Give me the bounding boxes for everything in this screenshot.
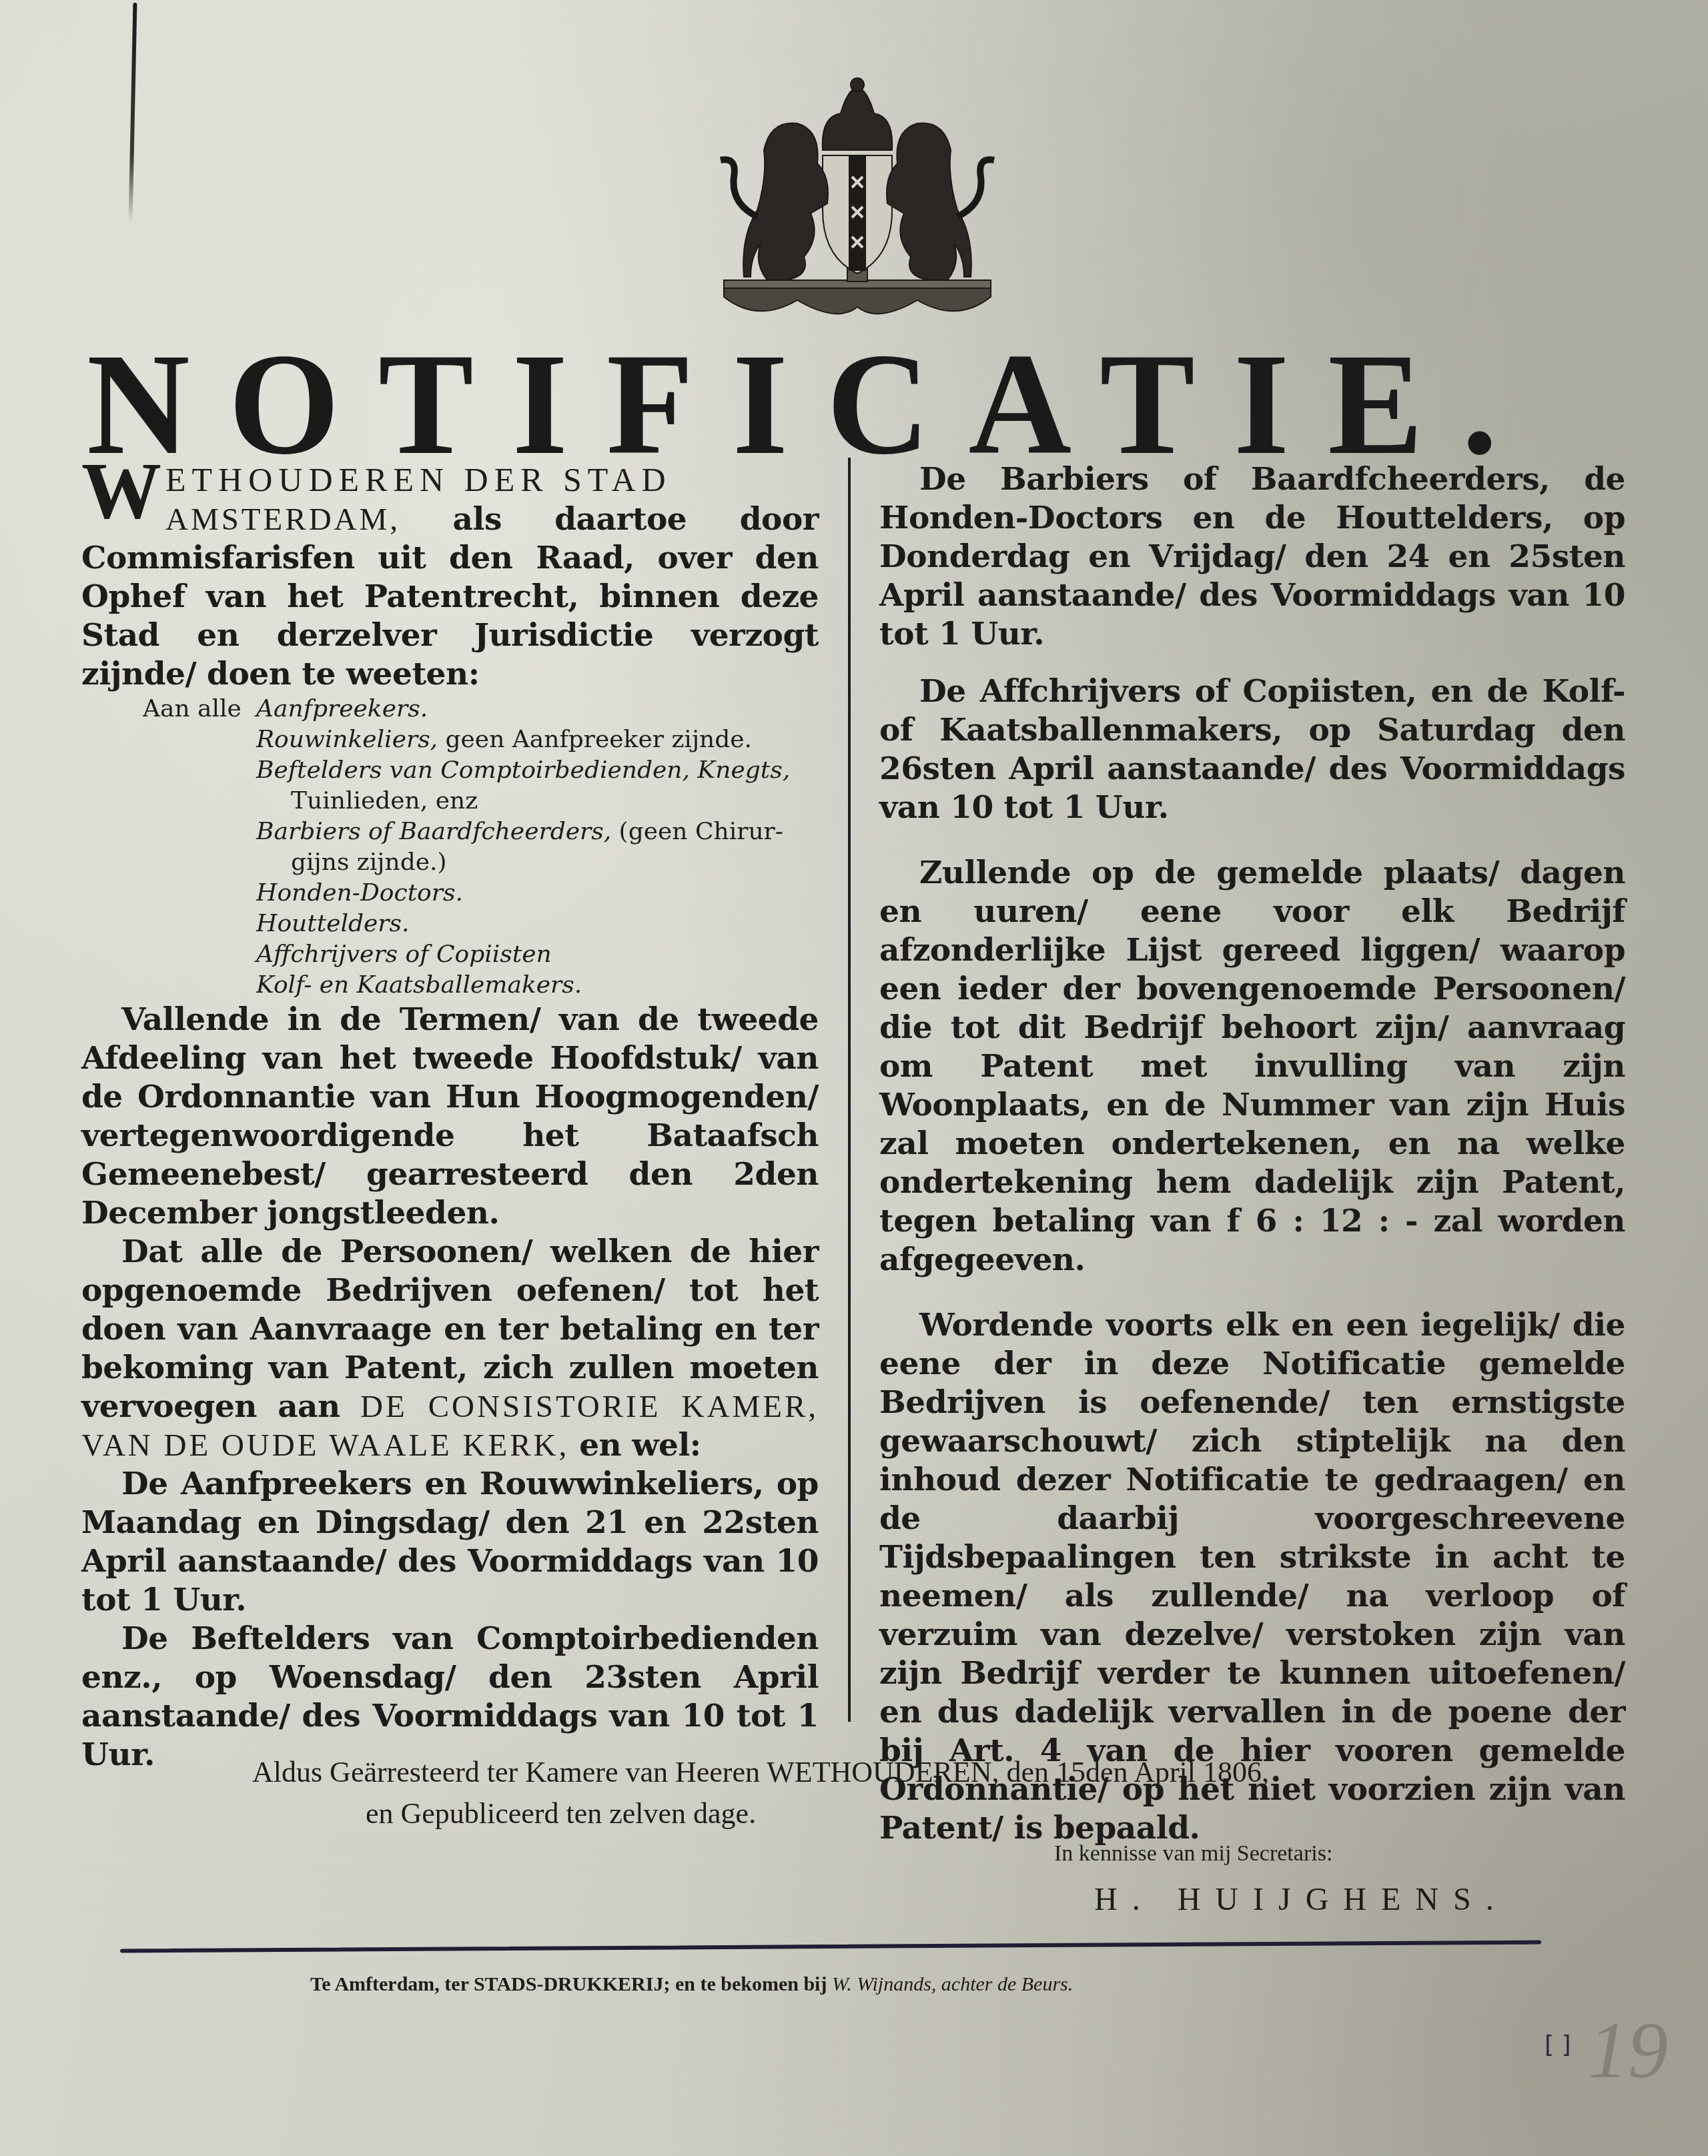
list-item-continuation: Tuinlieden, enz [256, 786, 819, 817]
list-item-continuation: gijns zijnde.) [256, 847, 819, 878]
printer-imprint: Te Amfterdam, ter STADS-DRUKKERIJ; en te… [310, 1973, 1073, 1996]
intro-paragraph: W ETHOUDEREN DER STAD AMSTERDAM, als daa… [81, 460, 819, 694]
ink-mark: [ ] [1545, 2031, 1571, 2059]
left-column: W ETHOUDEREN DER STAD AMSTERDAM, als daa… [81, 460, 819, 1774]
list-item: Rouwinkeliers, geen Aanfpreeker zijnde. [256, 724, 819, 755]
paragraph-barbiers-schedule: De Barbiers of Baardfcheerders, de Honde… [879, 460, 1625, 654]
page-title: NOTIFICATIE. [87, 332, 1635, 478]
trades-list-lead: Aan alle [81, 694, 256, 1001]
list-item: Barbiers of Baardfcheerders, (geen Chiru… [256, 817, 819, 847]
trades-list: Aan alle Aanfpreekers. Rouwinkeliers, ge… [81, 694, 819, 1001]
paragraph-aanspreekers-schedule: De Aanfpreekers en Rouwwinkeliers, op Ma… [81, 1465, 819, 1620]
drop-cap: W [81, 464, 161, 518]
signature: H. HUIJGHENS. [1094, 1881, 1509, 1918]
amsterdam-coat-of-arms-icon [704, 77, 1011, 324]
closing-line-2: en Gepubliceerd ten zelven dage. [252, 1793, 1269, 1834]
list-item: Affchrijvers of Copiisten [256, 939, 819, 970]
right-column: De Barbiers of Baardfcheerders, de Honde… [879, 460, 1625, 1848]
paragraph-zullende: Zullende op de gemelde plaats/ dagen en … [879, 854, 1625, 1279]
intro-heading: ETHOUDEREN DER STAD [165, 461, 672, 498]
paragraph-afschrijvers-schedule: De Affchrijvers of Copiisten, en de Kolf… [879, 672, 1625, 827]
attestation: In kennisse van mij Secretaris: [1054, 1841, 1332, 1866]
paragraph-vallende: Vallende in de Termen/ van de tweede Afd… [81, 1001, 819, 1233]
paragraph-dat-alle: Dat alle de Persoonen/ welken de hier op… [81, 1233, 819, 1465]
paper-crease [129, 3, 137, 223]
list-item: Houttelders. [256, 909, 819, 939]
notification-sheet: NOTIFICATIE. W ETHOUDEREN DER STAD AMSTE… [0, 0, 1708, 2156]
pencil-annotation: 19 [1588, 2005, 1668, 2097]
closing-line-1: Aldus Geärresteerd ter Kamere van Heeren… [252, 1752, 1269, 1793]
list-item: Honden-Doctors. [256, 878, 819, 909]
horizontal-rule [120, 1940, 1541, 1953]
closing-statement: Aldus Geärresteerd ter Kamere van Heeren… [252, 1752, 1269, 1834]
column-divider [848, 458, 851, 1722]
list-item: Beftelders van Comptoirbedienden, Knegts… [256, 755, 819, 786]
intro-city: AMSTERDAM, [165, 502, 400, 537]
list-item: Kolf- en Kaatsballemakers. [256, 970, 819, 1001]
list-item: Aanfpreekers. [256, 694, 819, 724]
